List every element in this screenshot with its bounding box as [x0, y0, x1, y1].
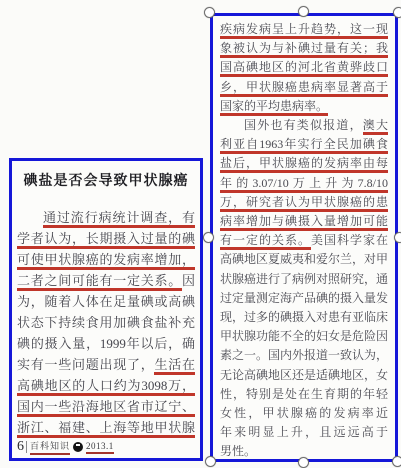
underlined-text-segment: 国高碘地区的河北省黄骅歧口 [220, 60, 388, 74]
right-text-frame-selected[interactable]: 疾病发病呈上升趋势，这一现 象被认为与补碘过量有关；我 国高碘地区的河北省黄骅歧… [210, 13, 398, 462]
selection-handle-middle-right[interactable] [394, 232, 401, 243]
page-number: 6 [17, 440, 24, 454]
text-line: 疾病发病呈上升趋势，这一现 [220, 20, 388, 39]
text-segment: 年来明显上升，且远远高于 [220, 425, 388, 439]
underlined-text-segment: 利亚自1963年实行全民加碘食 [220, 137, 388, 151]
issue-number: 2013.1 [86, 441, 114, 454]
text-line: 有一定的关系。美国科学家在 [220, 231, 388, 250]
text-line: 国内一些沿海地区省市辽宁、 [17, 396, 195, 417]
underlined-text-segment: 澳大 [363, 118, 388, 132]
left-text-frame[interactable]: 碘盐是否会导致甲状腺癌 通过流行病统计调查，有 学者认为，长期摄入过量的碘 可使… [9, 158, 203, 461]
text-line: 乡，甲状腺癌患病率显著高于 [220, 78, 388, 97]
text-line: 浙江、福建、上海等地甲状腺 [17, 417, 195, 438]
underlined-text-segment: 有一定的关系。 [220, 233, 311, 247]
text-line: 无论高碘地区还是适碘地区，女 [220, 366, 388, 385]
underlined-text-segment: 浙江、福建、上海等地甲状腺 [17, 420, 195, 435]
underlined-text-segment: 疾病发病呈上升趋势，这一现 [220, 22, 388, 36]
underlined-text-segment: 高碘地区的人口约为3098万， [17, 378, 195, 393]
text-line: 国家的平均患病率。 [220, 97, 388, 116]
text-line: 实有一些问题出现了，生活在 [17, 354, 195, 375]
footer-divider [26, 441, 27, 453]
underlined-text-segment: 象被认为与补碘过量有关；我 [220, 41, 388, 55]
underlined-text-segment: 乡，甲状腺癌患病率显著高于 [220, 80, 388, 94]
underlined-text-segment: 国内一些沿海地区省市辽宁、 [17, 399, 195, 414]
magazine-logo-icon [73, 442, 83, 452]
article-title: 碘盐是否会导致甲状腺癌 [16, 170, 196, 190]
left-column-text: 通过流行病统计调查，有 学者认为，长期摄入过量的碘 可使甲状腺癌的发病率增加， … [17, 207, 195, 438]
selection-handle-top-right[interactable] [393, 7, 401, 18]
magazine-name: 百科知识 [30, 439, 70, 455]
selection-handle-bottom-center[interactable] [298, 457, 309, 468]
text-line: 通过流行病统计调查，有 [17, 207, 195, 228]
text-line: 国高碘地区的河北省黄骅歧口 [220, 58, 388, 77]
text-line: 女性，甲状腺癌的发病率近 [220, 404, 388, 423]
underlined-text-segment: 学者认为，长期摄入过量的碘 [17, 231, 195, 246]
text-line: 万，研究者认为甲状腺癌的患 [220, 193, 388, 212]
text-line: 二者之间可能有一定关系。因 [17, 270, 195, 291]
text-line: 年来明显上升，且远远高于 [220, 423, 388, 442]
underlined-text-segment: 万，研究者认为甲状腺癌的患 [220, 195, 388, 209]
text-segment: 过定量测定海产品碘的摄入量发 [220, 291, 388, 305]
text-line: 利亚自1963年实行全民加碘食 [220, 135, 388, 154]
text-segment: 状腺癌进行了病例对照研究，通 [220, 272, 388, 286]
text-line: 高碘地区的人口约为3098万， [17, 375, 195, 396]
text-line: 年的3.07/10万上升为7.8/10 [220, 174, 388, 193]
text-segment: 碘的摄入量，1999年以后，确 [17, 336, 195, 351]
text-line: 为，随着人体在足量碘或高碘 [17, 291, 195, 312]
underlined-text-segment: 通过流行病统计调查，有 [43, 210, 195, 225]
selection-handle-middle-left[interactable] [203, 232, 214, 243]
selection-handle-top-left[interactable] [204, 7, 215, 18]
text-segment: 现，过多的碘摄入对患有亚临床 [220, 310, 388, 324]
text-line: 性，特别是处在生育期的年轻 [220, 385, 388, 404]
text-line: 素之一。国内外报道一致认为， [220, 346, 388, 365]
right-column-text: 疾病发病呈上升趋势，这一现 象被认为与补碘过量有关；我 国高碘地区的河北省黄骅歧… [220, 20, 388, 462]
text-segment: 状态下持续食用加碘食盐补充 [17, 315, 195, 330]
text-line: 学者认为，长期摄入过量的碘 [17, 228, 195, 249]
underlined-text-segment: 盐后，甲状腺癌的发病率由每 [220, 156, 388, 170]
text-line: 象被认为与补碘过量有关；我 [220, 39, 388, 58]
text-line: 可使甲状腺癌的发病率增加， [17, 249, 195, 270]
underlined-text-segment: 二者之间可能有一定关系。 [17, 273, 182, 288]
text-segment: 甲状腺功能不全的妇女是危险因 [220, 329, 388, 343]
underlined-text-segment: 生活在 [154, 357, 195, 372]
text-segment: 因 [182, 273, 195, 288]
text-line: 碘的摄入量，1999年以后，确 [17, 333, 195, 354]
text-line: 过定量测定海产品碘的摄入量发 [220, 289, 388, 308]
text-line: 现，过多的碘摄入对患有亚临床 [220, 308, 388, 327]
text-line: 甲状腺功能不全的妇女是危险因 [220, 327, 388, 346]
text-segment: 男性。 [220, 444, 256, 458]
text-segment: 实有一些问题出现了， [17, 357, 154, 372]
underlined-text-segment: 年的3.07/10万上升为7.8/10 [220, 176, 388, 190]
text-segment: 女性，甲状腺癌的发病率近 [220, 406, 388, 420]
text-segment: 美国科学家在 [311, 233, 388, 247]
text-segment: 高碘地区夏威夷和爱尔兰，对甲 [220, 252, 388, 266]
text-segment: 无论高碘地区还是适碘地区，女 [220, 368, 388, 382]
selection-handle-top-center[interactable] [298, 6, 309, 17]
underlined-text-segment: 可使甲状腺癌的发病率增加， [17, 252, 195, 267]
text-segment: 性，特别是处在生育期的年轻 [220, 387, 388, 401]
text-line: 国外也有类似报道，澳大 [220, 116, 388, 135]
underlined-text-segment: 国家的平均患病率。 [220, 99, 328, 113]
text-line: 高碘地区夏威夷和爱尔兰，对甲 [220, 250, 388, 269]
text-line: 状腺癌进行了病例对照研究，通 [220, 270, 388, 289]
text-line: 状态下持续食用加碘食盐补充 [17, 312, 195, 333]
text-segment: 国外也有类似报道， [244, 118, 363, 132]
text-segment: 素之一。国内外报道一致认为， [220, 348, 388, 362]
page-footer: 6 百科知识 2013.1 [17, 439, 114, 455]
selection-handle-bottom-right[interactable] [392, 456, 401, 467]
underlined-text-segment: 病率增加与碘摄入量增加可能 [220, 214, 388, 228]
text-segment: 为，随着人体在足量碘或高碘 [17, 294, 195, 309]
text-line: 盐后，甲状腺癌的发病率由每 [220, 154, 388, 173]
scanned-page: 碘盐是否会导致甲状腺癌 通过流行病统计调查，有 学者认为，长期摄入过量的碘 可使… [0, 0, 401, 468]
selection-handle-bottom-left[interactable] [205, 456, 216, 467]
text-line: 病率增加与碘摄入量增加可能 [220, 212, 388, 231]
